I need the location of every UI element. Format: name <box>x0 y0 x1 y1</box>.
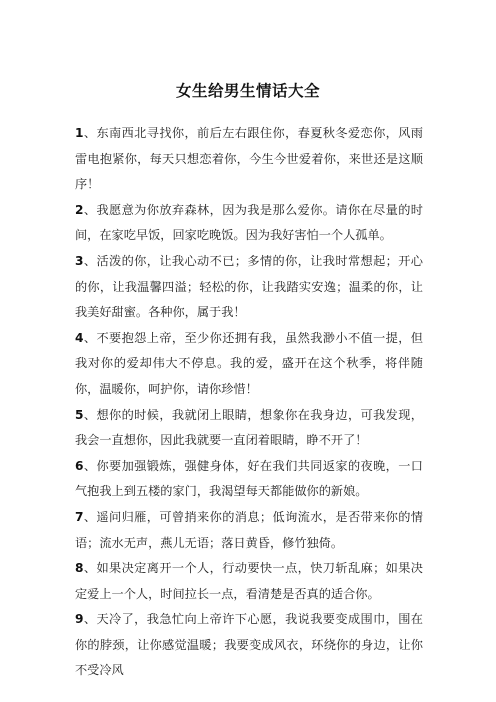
paragraph-text: 、活泼的你，让我心动不已；多情的你，让我时常想起；开心的你，让我温馨四溢；轻松的… <box>75 254 423 319</box>
document-title: 女生给男生情话大全 <box>0 79 496 101</box>
paragraph-8: 8、如果决定离开一个人，行动要快一点，快刀斩乱麻；如果决定爱上一个人，时间拉长一… <box>75 556 423 607</box>
paragraph-text: 、如果决定离开一个人，行动要快一点，快刀斩乱麻；如果决定爱上一个人，时间拉长一点… <box>75 561 423 601</box>
paragraph-text: 、我愿意为你放弃森林，因为我是那么爱你。请你在尽量的时间，在家吃早饭，回家吃晚饭… <box>75 203 423 243</box>
document-page: 女生给男生情话大全 1、东南西北寻找你，前后左右跟住你，春夏秋冬爱恋你，风雨雷电… <box>0 0 496 702</box>
paragraph-5: 5、想你的时候，我就闭上眼睛，想象你在我身边，可我发现，我会一直想你，因此我就要… <box>75 403 423 454</box>
paragraph-1: 1、东南西北寻找你，前后左右跟住你，春夏秋冬爱恋你，风雨雷电抱紧你，每天只想恋着… <box>75 121 423 198</box>
paragraph-text: 、东南西北寻找你，前后左右跟住你，春夏秋冬爱恋你，风雨雷电抱紧你，每天只想恋着你… <box>75 126 423 191</box>
paragraph-text: 、不要抱怨上帝，至少你还拥有我，虽然我渺小不值一提，但我对你的爱却伟大不停息。我… <box>75 331 423 396</box>
paragraph-text: 、想你的时候，我就闭上眼睛，想象你在我身边，可我发现，我会一直想你，因此我就要一… <box>75 408 423 448</box>
paragraph-text: 、天冷了，我急忙向上帝许下心愿，我说我要变成围巾，围在你的脖颈，让你感觉温暖；我… <box>75 612 423 677</box>
paragraph-2: 2、我愿意为你放弃森林，因为我是那么爱你。请你在尽量的时间，在家吃早饭，回家吃晚… <box>75 198 423 249</box>
paragraph-3: 3、活泼的你，让我心动不已；多情的你，让我时常想起；开心的你，让我温馨四溢；轻松… <box>75 249 423 326</box>
paragraph-6: 6、你要加强锻炼，强健身体，好在我们共同返家的夜晚，一口气抱我上到五楼的家门，我… <box>75 454 423 505</box>
paragraph-9: 9、天冷了，我急忙向上帝许下心愿，我说我要变成围巾，围在你的脖颈，让你感觉温暖；… <box>75 607 423 684</box>
paragraph-7: 7、遥问归雁，可曾捎来你的消息；低询流水，是否带来你的情语；流水无声，燕儿无语；… <box>75 505 423 556</box>
paragraph-text: 、你要加强锻炼，强健身体，好在我们共同返家的夜晚，一口气抱我上到五楼的家门，我渴… <box>75 459 423 499</box>
paragraph-4: 4、不要抱怨上帝，至少你还拥有我，虽然我渺小不值一提，但我对你的爱却伟大不停息。… <box>75 326 423 403</box>
document-body: 1、东南西北寻找你，前后左右跟住你，春夏秋冬爱恋你，风雨雷电抱紧你，每天只想恋着… <box>75 121 423 684</box>
paragraph-text: 、遥问归雁，可曾捎来你的消息；低询流水，是否带来你的情语；流水无声，燕儿无语；落… <box>75 510 423 550</box>
